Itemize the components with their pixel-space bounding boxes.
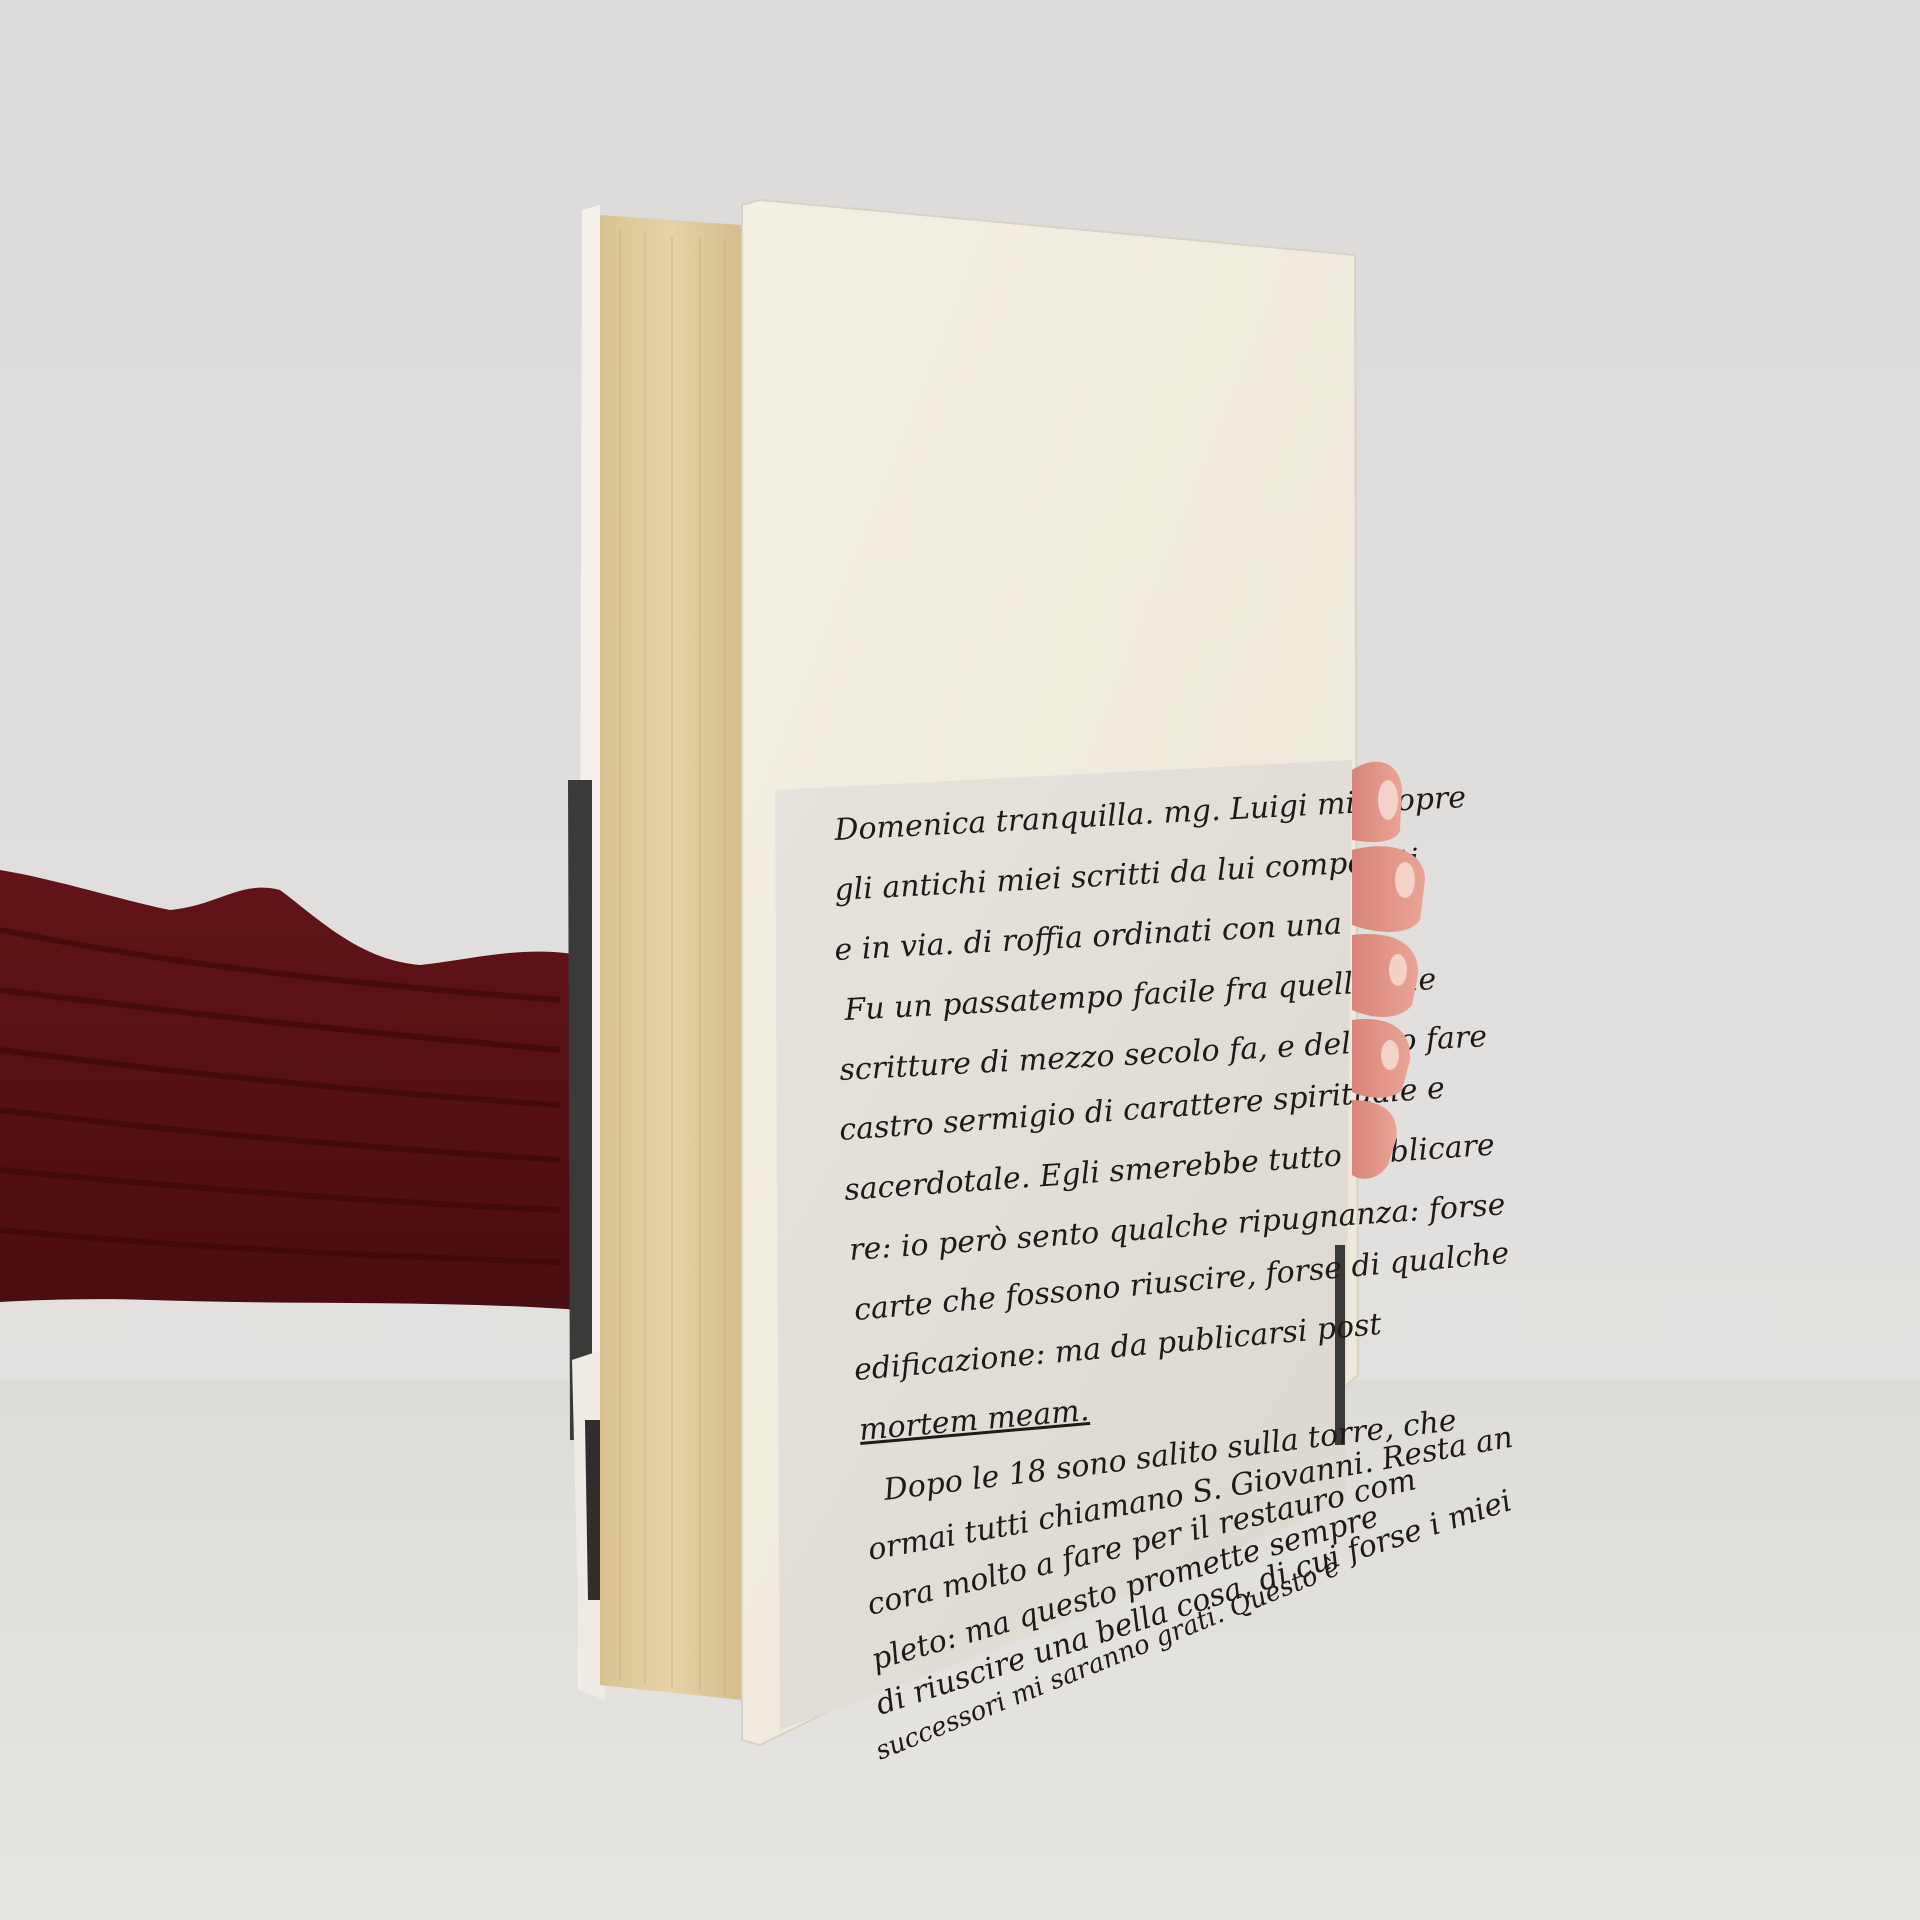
- fingernail: [1389, 954, 1407, 986]
- sweater-sleeve: [0, 870, 580, 1310]
- fingernail: [1395, 862, 1415, 898]
- hand: [1352, 762, 1425, 1179]
- photo-scene: Domenica tranquilla. mg. Luigi mi scopre…: [0, 0, 1920, 1920]
- fingernail: [1378, 780, 1398, 820]
- finger-middle: [1352, 934, 1418, 1017]
- fingernail: [1381, 1040, 1399, 1070]
- page-block: [600, 215, 742, 1700]
- finger-index: [1352, 846, 1425, 932]
